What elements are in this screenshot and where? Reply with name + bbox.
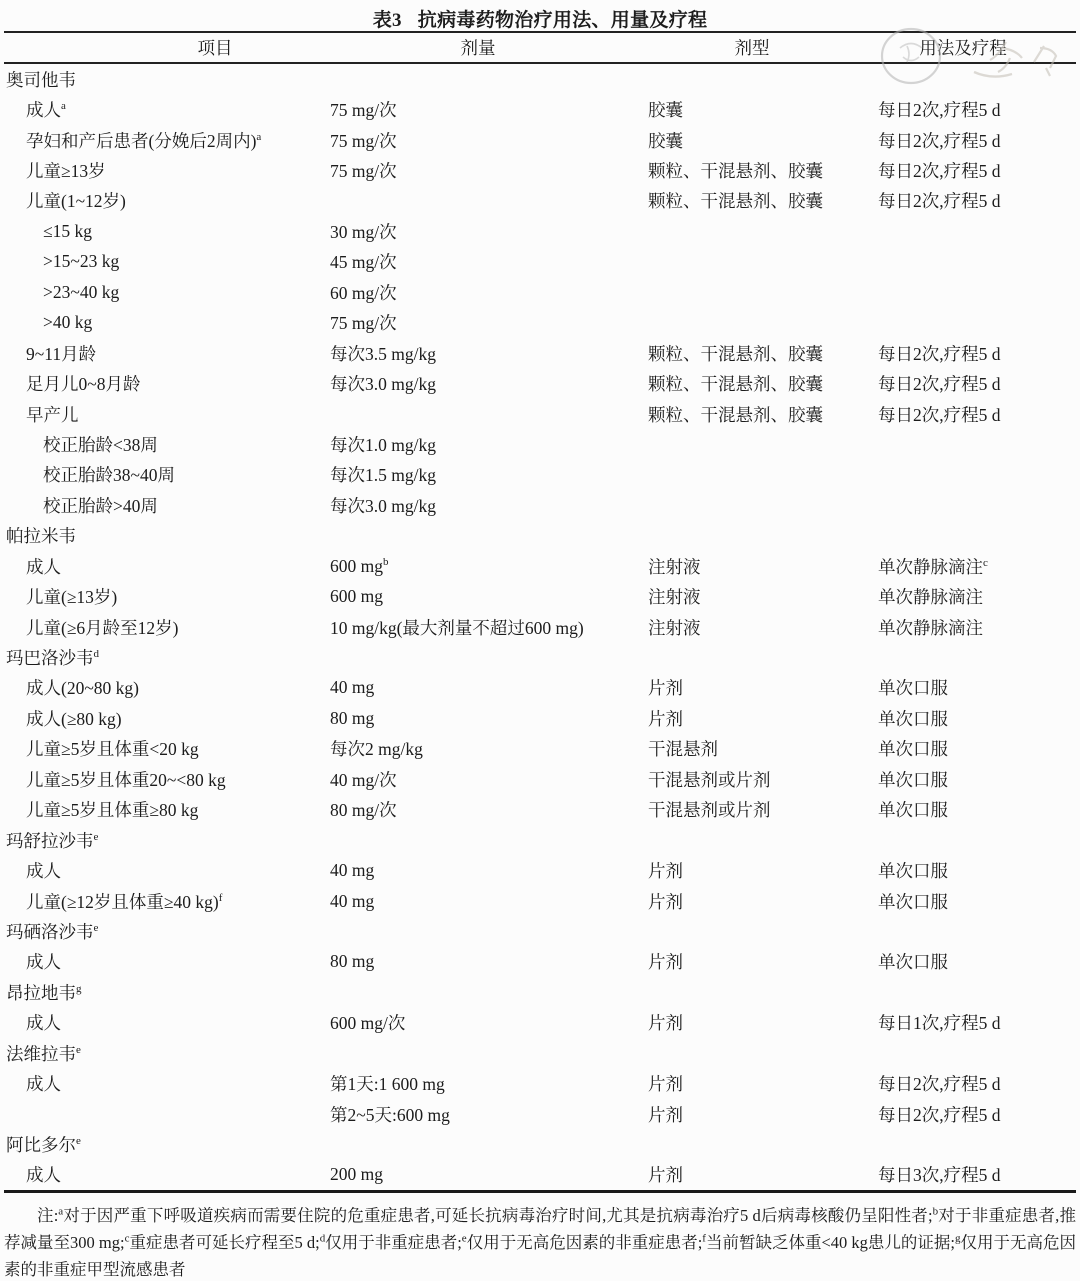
dose-cell-label: 每次1.0 mg/kg xyxy=(330,435,436,455)
form-cell: 注射液 xyxy=(648,584,878,609)
item-cell: 成人 xyxy=(4,1162,330,1187)
usage-cell-label: 每日2次,疗程5 d xyxy=(878,131,1001,151)
form-cell: 片剂 xyxy=(648,1162,878,1187)
usage-cell: 单次静脉滴注 xyxy=(878,615,1076,640)
table-row: 9~11月龄每次3.5 mg/kg颗粒、干混悬剂、胶囊每日2次,疗程5 d xyxy=(4,338,1076,368)
usage-cell: 单次口服 xyxy=(878,889,1076,914)
dose-cell: 75 mg/次 xyxy=(330,158,648,183)
item-cell: 儿童≥5岁且体重≥80 kg xyxy=(4,797,330,822)
item-cell-label: 校正胎龄38~40周 xyxy=(43,465,175,485)
table-row: >40 kg75 mg/次 xyxy=(4,308,1076,338)
item-cell: 儿童(≥13岁) xyxy=(4,584,330,609)
usage-cell: 每日2次,疗程5 d xyxy=(878,341,1076,366)
item-cell-label: 早产儿 xyxy=(26,405,79,425)
footnote-marker: e xyxy=(76,1135,81,1147)
item-cell: 玛硒洛沙韦e xyxy=(4,919,330,944)
usage-cell: 单次口服 xyxy=(878,858,1076,883)
form-cell: 片剂 xyxy=(648,949,878,974)
dose-cell: 10 mg/kg(最大剂量不超过600 mg) xyxy=(330,615,648,640)
usage-cell: 单次口服 xyxy=(878,706,1076,731)
column-header-form: 剂型 xyxy=(637,35,867,60)
item-cell: 法维拉韦e xyxy=(4,1041,330,1066)
item-cell: 早产儿 xyxy=(4,402,330,427)
dose-cell-label: 75 mg/次 xyxy=(330,100,397,120)
column-header-usage: 用法及疗程 xyxy=(864,35,1062,60)
dose-cell-label: 30 mg/次 xyxy=(330,222,397,242)
usage-cell: 每日2次,疗程5 d xyxy=(878,158,1076,183)
usage-cell-label: 每日3次,疗程5 d xyxy=(878,1165,1001,1185)
dose-cell: 40 mg/次 xyxy=(330,767,648,792)
item-cell-label: 9~11月龄 xyxy=(26,344,96,364)
usage-cell: 单次静脉滴注 xyxy=(878,584,1076,609)
footnote-marker: b xyxy=(383,556,389,568)
item-cell: 成人 xyxy=(4,949,330,974)
item-cell-label: 成人 xyxy=(26,1013,61,1033)
item-cell-label: 成人 xyxy=(26,861,61,881)
form-cell-label: 片剂 xyxy=(648,1074,683,1094)
item-cell: 成人 xyxy=(4,1071,330,1096)
usage-cell-label: 单次口服 xyxy=(878,892,948,912)
footnote-marker: a xyxy=(61,100,66,112)
dose-cell: 30 mg/次 xyxy=(330,219,648,244)
item-cell: 玛舒拉沙韦e xyxy=(4,828,330,853)
usage-cell: 单次口服 xyxy=(878,797,1076,822)
form-cell: 干混悬剂 xyxy=(648,736,878,761)
dose-cell: 75 mg/次 xyxy=(330,128,648,153)
footnote-marker: g xyxy=(76,983,82,995)
item-cell-label: 成人 xyxy=(26,1074,61,1094)
footnote-marker: f xyxy=(219,892,223,904)
dose-cell-label: 80 mg/次 xyxy=(330,800,397,820)
usage-cell-label: 单次口服 xyxy=(878,709,948,729)
data-table: 项目 剂量 剂型 用法及疗程 奥司他韦成人a75 mg/次胶囊每日2次,疗程5 … xyxy=(4,31,1076,1193)
table-row: 儿童(≥6月龄至12岁)10 mg/kg(最大剂量不超过600 mg)注射液单次… xyxy=(4,612,1076,642)
usage-cell: 单次口服 xyxy=(878,736,1076,761)
dose-cell: 60 mg/次 xyxy=(330,280,648,305)
item-cell: >23~40 kg xyxy=(4,282,330,303)
usage-cell: 每日1次,疗程5 d xyxy=(878,1010,1076,1035)
usage-cell-label: 每日2次,疗程5 d xyxy=(878,191,1001,211)
form-cell-label: 注射液 xyxy=(648,557,701,577)
form-cell-label: 干混悬剂 xyxy=(648,739,718,759)
usage-cell-label: 单次静脉滴注 xyxy=(878,618,983,638)
dose-cell: 80 mg/次 xyxy=(330,797,648,822)
usage-cell-label: 单次口服 xyxy=(878,678,948,698)
drug-section-row: 奥司他韦 xyxy=(4,64,1076,94)
dose-cell: 600 mgb xyxy=(330,556,648,577)
form-cell: 片剂 xyxy=(648,889,878,914)
form-cell: 片剂 xyxy=(648,675,878,700)
form-cell-label: 片剂 xyxy=(648,1165,683,1185)
item-cell: 玛巴洛沙韦d xyxy=(4,645,330,670)
item-cell-label: 儿童≥5岁且体重20~<80 kg xyxy=(26,770,226,790)
usage-cell: 每日2次,疗程5 d xyxy=(878,1102,1076,1127)
form-cell-label: 胶囊 xyxy=(648,100,683,120)
dose-cell-label: 80 mg xyxy=(330,708,374,728)
table-row: 孕妇和产后患者(分娩后2周内)a75 mg/次胶囊每日2次,疗程5 d xyxy=(4,125,1076,155)
table-body: 奥司他韦成人a75 mg/次胶囊每日2次,疗程5 d孕妇和产后患者(分娩后2周内… xyxy=(4,64,1076,1190)
drug-section-row: 玛硒洛沙韦e xyxy=(4,916,1076,946)
item-cell-label: 玛舒拉沙韦 xyxy=(6,831,94,851)
document-page: 表3抗病毒药物治疗用法、用量及疗程 项目 剂量 剂型 用法及疗程 奥司他韦成人a… xyxy=(0,0,1080,1281)
item-cell: 儿童≥5岁且体重20~<80 kg xyxy=(4,767,330,792)
form-cell-label: 注射液 xyxy=(648,618,701,638)
dose-cell: 40 mg xyxy=(330,677,648,698)
dose-cell: 600 mg xyxy=(330,586,648,607)
item-cell-label: 成人(20~80 kg) xyxy=(26,678,139,698)
item-cell: 足月儿0~8月龄 xyxy=(4,371,330,396)
footnote-text: 仅用于无高危因素的非重症患者; xyxy=(467,1233,703,1252)
dose-cell: 45 mg/次 xyxy=(330,249,648,274)
item-cell-label: 成人 xyxy=(26,557,61,577)
usage-cell-label: 单次口服 xyxy=(878,952,948,972)
table-number: 表3 xyxy=(373,10,402,31)
item-cell-label: 成人 xyxy=(26,1165,61,1185)
dose-cell-label: 75 mg/次 xyxy=(330,131,397,151)
form-cell-label: 片剂 xyxy=(648,861,683,881)
dose-cell: 每次1.5 mg/kg xyxy=(330,462,648,487)
table-row: >23~40 kg60 mg/次 xyxy=(4,277,1076,307)
dose-cell: 200 mg xyxy=(330,1164,648,1185)
usage-cell: 每日2次,疗程5 d xyxy=(878,188,1076,213)
item-cell-label: 儿童(≥12岁且体重≥40 kg) xyxy=(26,892,219,912)
form-cell: 片剂 xyxy=(648,1071,878,1096)
form-cell-label: 颗粒、干混悬剂、胶囊 xyxy=(648,374,823,394)
drug-section-row: 法维拉韦e xyxy=(4,1038,1076,1068)
table-row: 成人(≥80 kg)80 mg片剂单次口服 xyxy=(4,703,1076,733)
usage-cell-label: 单次静脉滴注 xyxy=(878,587,983,607)
dose-cell: 每次2 mg/kg xyxy=(330,736,648,761)
table-row: >15~23 kg45 mg/次 xyxy=(4,247,1076,277)
table-row: 成人600 mgb注射液单次静脉滴注c xyxy=(4,551,1076,581)
form-cell: 胶囊 xyxy=(648,97,878,122)
item-cell-label: 成人 xyxy=(26,952,61,972)
item-cell-label: 儿童≥13岁 xyxy=(26,161,106,181)
dose-cell-label: 40 mg/次 xyxy=(330,770,397,790)
table-header-row: 项目 剂量 剂型 用法及疗程 xyxy=(4,33,1076,64)
usage-cell: 每日2次,疗程5 d xyxy=(878,371,1076,396)
form-cell-label: 胶囊 xyxy=(648,131,683,151)
form-cell: 颗粒、干混悬剂、胶囊 xyxy=(648,158,878,183)
form-cell-label: 颗粒、干混悬剂、胶囊 xyxy=(648,405,823,425)
table-row: 成人40 mg片剂单次口服 xyxy=(4,855,1076,885)
usage-cell-label: 每日2次,疗程5 d xyxy=(878,1105,1001,1125)
drug-section-row: 昂拉地韦g xyxy=(4,977,1076,1007)
form-cell: 片剂 xyxy=(648,1010,878,1035)
form-cell: 片剂 xyxy=(648,706,878,731)
dose-cell-label: 每次2 mg/kg xyxy=(330,739,423,759)
item-cell: 孕妇和产后患者(分娩后2周内)a xyxy=(4,128,330,153)
drug-section-row: 帕拉米韦 xyxy=(4,521,1076,551)
form-cell-label: 片剂 xyxy=(648,1013,683,1033)
item-cell: 校正胎龄<38周 xyxy=(4,432,330,457)
form-cell-label: 颗粒、干混悬剂、胶囊 xyxy=(648,191,823,211)
footnote: 注:a对于因严重下呼吸道疾病而需要住院的危重症患者,可延长抗病毒治疗时间,尤其是… xyxy=(4,1202,1076,1281)
footnote-text: 重症患者可延长疗程至5 d; xyxy=(129,1233,319,1252)
dose-cell-label: 600 mg xyxy=(330,586,383,606)
dose-cell: 75 mg/次 xyxy=(330,310,648,335)
dose-cell: 75 mg/次 xyxy=(330,97,648,122)
item-cell: ≤15 kg xyxy=(4,221,330,242)
usage-cell-label: 每日2次,疗程5 d xyxy=(878,374,1001,394)
usage-cell: 单次口服 xyxy=(878,675,1076,700)
table-row: 儿童(≥12岁且体重≥40 kg)f40 mg片剂单次口服 xyxy=(4,886,1076,916)
form-cell: 片剂 xyxy=(648,1102,878,1127)
item-cell-label: 儿童(≥6月龄至12岁) xyxy=(26,618,179,638)
item-cell-label: 儿童(≥13岁) xyxy=(26,587,117,607)
form-cell: 颗粒、干混悬剂、胶囊 xyxy=(648,188,878,213)
dose-cell-label: 每次3.0 mg/kg xyxy=(330,374,436,394)
form-cell-label: 颗粒、干混悬剂、胶囊 xyxy=(648,344,823,364)
table-row: 第2~5天:600 mg片剂每日2次,疗程5 d xyxy=(4,1099,1076,1129)
form-cell-label: 片剂 xyxy=(648,952,683,972)
table-row: ≤15 kg30 mg/次 xyxy=(4,216,1076,246)
item-cell: 帕拉米韦 xyxy=(4,523,330,548)
item-cell: 儿童(≥12岁且体重≥40 kg)f xyxy=(4,889,330,914)
footnote-text: 注: xyxy=(37,1206,58,1225)
dose-cell: 第2~5天:600 mg xyxy=(330,1102,648,1127)
table-row: 校正胎龄<38周每次1.0 mg/kg xyxy=(4,429,1076,459)
usage-cell: 每日2次,疗程5 d xyxy=(878,97,1076,122)
usage-cell-label: 每日2次,疗程5 d xyxy=(878,405,1001,425)
usage-cell-label: 每日2次,疗程5 d xyxy=(878,100,1001,120)
usage-cell-label: 单次口服 xyxy=(878,800,948,820)
item-cell-label: >40 kg xyxy=(43,312,92,332)
footnote-marker: e xyxy=(94,831,99,843)
usage-cell-label: 单次口服 xyxy=(878,861,948,881)
table-row: 成人200 mg片剂每日3次,疗程5 d xyxy=(4,1160,1076,1190)
usage-cell: 每日3次,疗程5 d xyxy=(878,1162,1076,1187)
table-title: 表3抗病毒药物治疗用法、用量及疗程 xyxy=(0,0,1080,31)
item-cell-label: >23~40 kg xyxy=(43,282,119,302)
form-cell: 注射液 xyxy=(648,554,878,579)
item-cell: 儿童(≥6月龄至12岁) xyxy=(4,615,330,640)
usage-cell-label: 每日2次,疗程5 d xyxy=(878,344,1001,364)
form-cell-label: 颗粒、干混悬剂、胶囊 xyxy=(648,161,823,181)
item-cell: 成人 xyxy=(4,858,330,883)
table-row: 儿童≥5岁且体重<20 kg每次2 mg/kg干混悬剂单次口服 xyxy=(4,734,1076,764)
usage-cell: 每日2次,疗程5 d xyxy=(878,128,1076,153)
form-cell-label: 片剂 xyxy=(648,709,683,729)
dose-cell: 第1天:1 600 mg xyxy=(330,1071,648,1096)
form-cell: 干混悬剂或片剂 xyxy=(648,797,878,822)
dose-cell-label: 第1天:1 600 mg xyxy=(330,1074,445,1094)
dose-cell: 40 mg xyxy=(330,860,648,881)
form-cell: 片剂 xyxy=(648,858,878,883)
usage-cell: 单次口服 xyxy=(878,767,1076,792)
item-cell: 成人(20~80 kg) xyxy=(4,675,330,700)
item-cell-label: 玛硒洛沙韦 xyxy=(6,922,94,942)
table-row: 儿童(1~12岁)颗粒、干混悬剂、胶囊每日2次,疗程5 d xyxy=(4,186,1076,216)
item-cell-label: 儿童≥5岁且体重<20 kg xyxy=(26,739,199,759)
usage-cell-label: 每日1次,疗程5 d xyxy=(878,1013,1001,1033)
footnote-text: 当前暂缺乏体重<40 kg患儿的证据; xyxy=(706,1233,955,1252)
usage-cell-label: 单次口服 xyxy=(878,770,948,790)
footnote-marker: a xyxy=(256,131,261,143)
table-row: 成人80 mg片剂单次口服 xyxy=(4,947,1076,977)
dose-cell-label: 每次1.5 mg/kg xyxy=(330,465,436,485)
table-row: 儿童≥5岁且体重≥80 kg80 mg/次干混悬剂或片剂单次口服 xyxy=(4,795,1076,825)
form-cell-label: 片剂 xyxy=(648,1105,683,1125)
form-cell: 颗粒、干混悬剂、胶囊 xyxy=(648,371,878,396)
dose-cell: 每次3.0 mg/kg xyxy=(330,371,648,396)
dose-cell-label: 每次3.5 mg/kg xyxy=(330,344,436,364)
dose-cell-label: 45 mg/次 xyxy=(330,252,397,272)
dose-cell-label: 600 mg xyxy=(330,556,383,576)
item-cell: 成人 xyxy=(4,1010,330,1035)
footnote-marker: e xyxy=(94,922,99,934)
form-cell: 干混悬剂或片剂 xyxy=(648,767,878,792)
dose-cell-label: 40 mg xyxy=(330,677,374,697)
dose-cell-label: 80 mg xyxy=(330,951,374,971)
item-cell-label: 孕妇和产后患者(分娩后2周内) xyxy=(26,131,256,151)
usage-cell-label: 每日2次,疗程5 d xyxy=(878,1074,1001,1094)
table-row: 成人a75 mg/次胶囊每日2次,疗程5 d xyxy=(4,94,1076,124)
dose-cell: 每次3.0 mg/kg xyxy=(330,493,648,518)
usage-cell: 单次口服 xyxy=(878,949,1076,974)
item-cell-label: ≤15 kg xyxy=(43,221,92,241)
item-cell-label: 成人 xyxy=(26,100,61,120)
item-cell-label: 帕拉米韦 xyxy=(6,526,76,546)
item-cell-label: 成人(≥80 kg) xyxy=(26,709,122,729)
dose-cell-label: 75 mg/次 xyxy=(330,161,397,181)
dose-cell: 每次3.5 mg/kg xyxy=(330,341,648,366)
table-caption: 抗病毒药物治疗用法、用量及疗程 xyxy=(418,10,708,31)
item-cell-label: 足月儿0~8月龄 xyxy=(26,374,140,394)
dose-cell: 80 mg xyxy=(330,951,648,972)
form-cell: 注射液 xyxy=(648,615,878,640)
dose-cell-label: 10 mg/kg(最大剂量不超过600 mg) xyxy=(330,618,584,638)
footnote-text: 仅用于非重症患者; xyxy=(325,1233,462,1252)
item-cell-label: 玛巴洛沙韦 xyxy=(6,648,94,668)
usage-cell-label: 单次静脉滴注 xyxy=(878,557,983,577)
form-cell: 胶囊 xyxy=(648,128,878,153)
item-cell: 奥司他韦 xyxy=(4,67,330,92)
dose-cell-label: 第2~5天:600 mg xyxy=(330,1105,450,1125)
footnote-marker: d xyxy=(94,648,100,660)
item-cell-label: 儿童≥5岁且体重≥80 kg xyxy=(26,800,198,820)
dose-cell: 600 mg/次 xyxy=(330,1010,648,1035)
usage-cell: 单次静脉滴注c xyxy=(878,554,1076,579)
dose-cell: 40 mg xyxy=(330,891,648,912)
item-cell: >15~23 kg xyxy=(4,251,330,272)
item-cell: 儿童(1~12岁) xyxy=(4,188,330,213)
usage-cell: 每日2次,疗程5 d xyxy=(878,1071,1076,1096)
footnote-text: 对于因严重下呼吸道疾病而需要住院的危重症患者,可延长抗病毒治疗时间,尤其是抗病毒… xyxy=(63,1206,932,1225)
dose-cell-label: 40 mg xyxy=(330,891,374,911)
table-row: 儿童≥13岁75 mg/次颗粒、干混悬剂、胶囊每日2次,疗程5 d xyxy=(4,155,1076,185)
form-cell-label: 注射液 xyxy=(648,587,701,607)
dose-cell-label: 60 mg/次 xyxy=(330,283,397,303)
drug-section-row: 阿比多尔e xyxy=(4,1129,1076,1159)
usage-cell-label: 单次口服 xyxy=(878,739,948,759)
item-cell-label: 阿比多尔 xyxy=(6,1135,76,1155)
form-cell-label: 干混悬剂或片剂 xyxy=(648,770,771,790)
item-cell: 成人 xyxy=(4,554,330,579)
footnote-marker: e xyxy=(76,1044,81,1056)
item-cell-label: 校正胎龄<38周 xyxy=(43,435,158,455)
table-row: 早产儿颗粒、干混悬剂、胶囊每日2次,疗程5 d xyxy=(4,399,1076,429)
table-row: 校正胎龄38~40周每次1.5 mg/kg xyxy=(4,460,1076,490)
dose-cell-label: 40 mg xyxy=(330,860,374,880)
dose-cell-label: 75 mg/次 xyxy=(330,313,397,333)
item-cell-label: 法维拉韦 xyxy=(6,1044,76,1064)
item-cell: >40 kg xyxy=(4,312,330,333)
dose-cell: 80 mg xyxy=(330,708,648,729)
dose-cell-label: 每次3.0 mg/kg xyxy=(330,496,436,516)
item-cell: 昂拉地韦g xyxy=(4,980,330,1005)
item-cell: 校正胎龄>40周 xyxy=(4,493,330,518)
dose-cell-label: 600 mg/次 xyxy=(330,1013,405,1033)
item-cell-label: 校正胎龄>40周 xyxy=(43,496,158,516)
table-row: 成人第1天:1 600 mg片剂每日2次,疗程5 d xyxy=(4,1068,1076,1098)
form-cell-label: 片剂 xyxy=(648,678,683,698)
form-cell-label: 干混悬剂或片剂 xyxy=(648,800,771,820)
form-cell-label: 片剂 xyxy=(648,892,683,912)
item-cell-label: 奥司他韦 xyxy=(6,70,76,90)
item-cell: 儿童≥13岁 xyxy=(4,158,330,183)
drug-section-row: 玛舒拉沙韦e xyxy=(4,825,1076,855)
footnote-marker: c xyxy=(983,557,988,569)
table-row: 成人(20~80 kg)40 mg片剂单次口服 xyxy=(4,673,1076,703)
dose-cell: 每次1.0 mg/kg xyxy=(330,432,648,457)
drug-section-row: 玛巴洛沙韦d xyxy=(4,642,1076,672)
item-cell-label: >15~23 kg xyxy=(43,251,119,271)
table-row: 成人600 mg/次片剂每日1次,疗程5 d xyxy=(4,1008,1076,1038)
column-header-dose: 剂量 xyxy=(319,35,637,60)
usage-cell-label: 每日2次,疗程5 d xyxy=(878,161,1001,181)
item-cell: 成人a xyxy=(4,97,330,122)
table-row: 校正胎龄>40周每次3.0 mg/kg xyxy=(4,490,1076,520)
item-cell: 儿童≥5岁且体重<20 kg xyxy=(4,736,330,761)
form-cell: 颗粒、干混悬剂、胶囊 xyxy=(648,341,878,366)
item-cell: 阿比多尔e xyxy=(4,1132,330,1157)
table-row: 足月儿0~8月龄每次3.0 mg/kg颗粒、干混悬剂、胶囊每日2次,疗程5 d xyxy=(4,368,1076,398)
table-row: 儿童(≥13岁)600 mg注射液单次静脉滴注 xyxy=(4,581,1076,611)
form-cell: 颗粒、干混悬剂、胶囊 xyxy=(648,402,878,427)
item-cell: 校正胎龄38~40周 xyxy=(4,462,330,487)
table-row: 儿童≥5岁且体重20~<80 kg40 mg/次干混悬剂或片剂单次口服 xyxy=(4,764,1076,794)
dose-cell-label: 200 mg xyxy=(330,1164,383,1184)
item-cell-label: 昂拉地韦 xyxy=(6,983,76,1003)
item-cell: 成人(≥80 kg) xyxy=(4,706,330,731)
item-cell: 9~11月龄 xyxy=(4,341,330,366)
usage-cell: 每日2次,疗程5 d xyxy=(878,402,1076,427)
item-cell-label: 儿童(1~12岁) xyxy=(26,191,126,211)
